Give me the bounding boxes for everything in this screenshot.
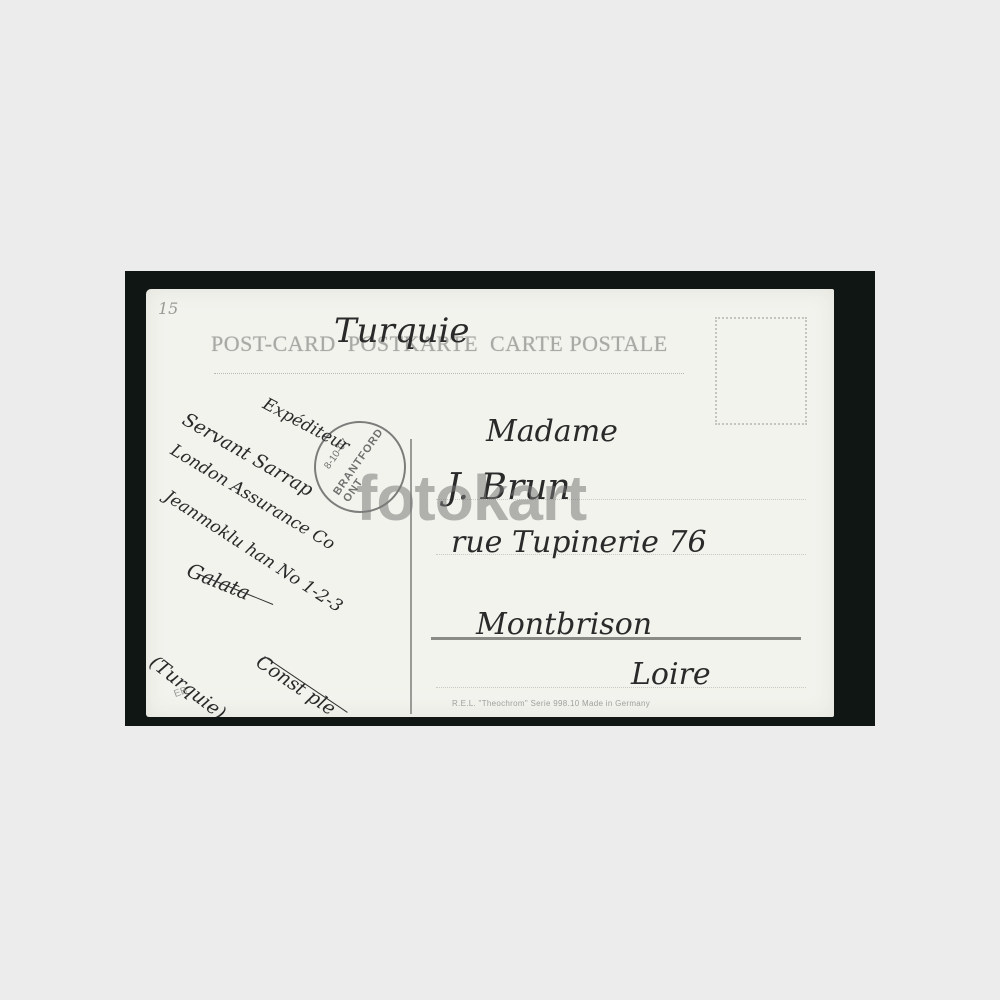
pencil-corner-note: 15 xyxy=(158,299,178,318)
postcard-back: 15 POST-CARD POSTKARTE CARTE POSTALE Tur… xyxy=(146,289,834,717)
header-rule xyxy=(214,373,684,374)
header-carte-postale: CARTE POSTALE xyxy=(490,331,668,356)
handwritten-turquie: Turquie xyxy=(334,311,470,351)
stamp-box xyxy=(715,317,807,425)
sender-line-6: Const ple xyxy=(252,651,340,717)
watermark: fotokart xyxy=(356,461,586,535)
address-rule-4 xyxy=(436,687,806,688)
address-line-5: Loire xyxy=(631,657,711,692)
printer-line: R.E.L. "Theochrom" Serie 998.10 Made in … xyxy=(452,699,650,708)
header-post-card: POST-CARD xyxy=(211,331,336,356)
address-line-1: Madame xyxy=(486,414,618,449)
address-line-4: Montbrison xyxy=(476,607,652,642)
sender-line-7: (Turquie) xyxy=(146,651,230,717)
